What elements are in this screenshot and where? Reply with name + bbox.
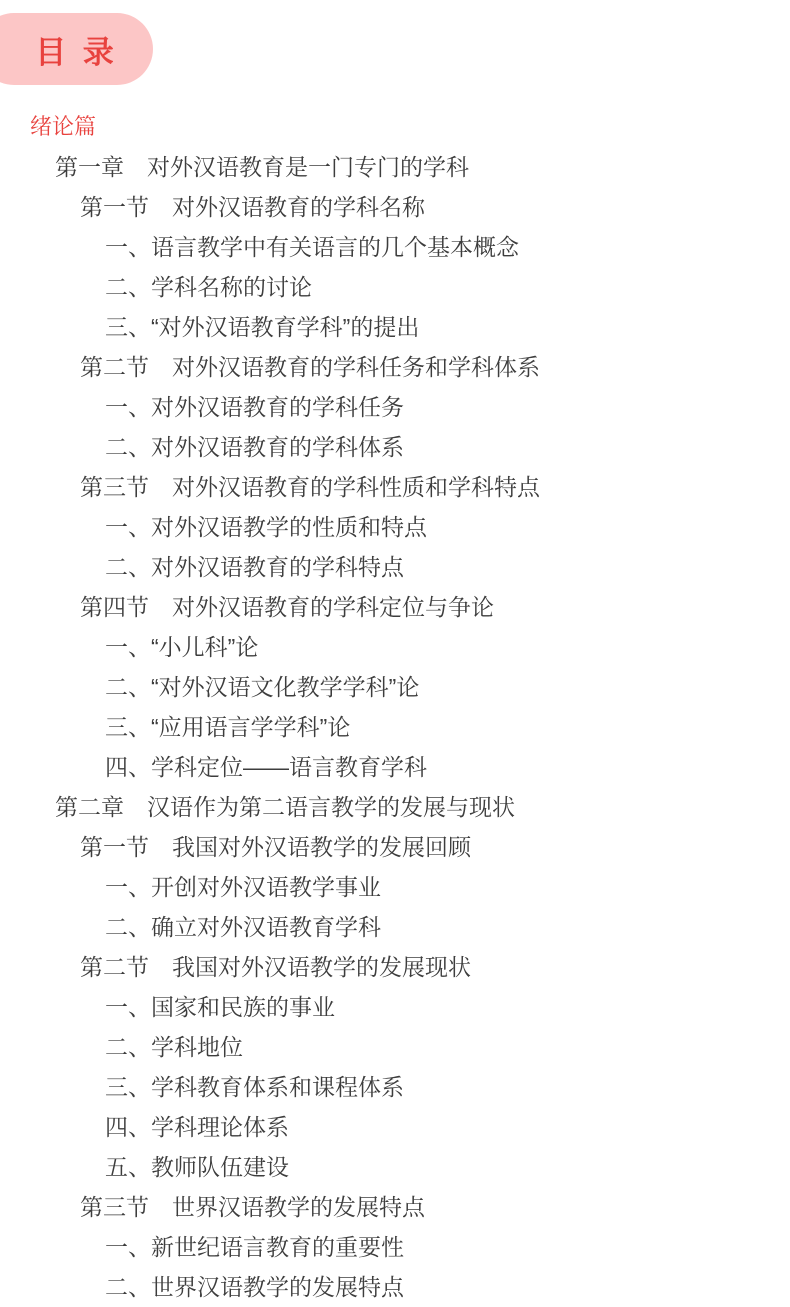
toc-entry-section: 第三节 对外汉语教育的学科性质和学科特点 bbox=[30, 467, 780, 507]
toc-entry-section: 第三节 世界汉语教学的发展特点 bbox=[30, 1187, 780, 1227]
page-title: 目 录 bbox=[13, 27, 118, 72]
toc-entry-item: 二、“对外汉语文化教学学科”论 bbox=[30, 667, 780, 707]
toc-entry-section: 第一节 对外汉语教育的学科名称 bbox=[30, 187, 780, 227]
toc-entry-item: 三、“应用语言学学科”论 bbox=[30, 707, 780, 747]
toc-page: 目 录 绪论篇第一章 对外汉语教育是一门专门的学科第一节 对外汉语教育的学科名称… bbox=[0, 0, 790, 1307]
toc-entry-item: 二、学科地位 bbox=[30, 1027, 780, 1067]
toc-entry-item: 二、世界汉语教学的发展特点 bbox=[30, 1267, 780, 1307]
toc-entry-item: 五、教师队伍建设 bbox=[30, 1147, 780, 1187]
toc-entry-item: 一、对外汉语教育的学科任务 bbox=[30, 387, 780, 427]
toc-entry-item: 一、对外汉语教学的性质和特点 bbox=[30, 507, 780, 547]
toc-entry-item: 一、语言教学中有关语言的几个基本概念 bbox=[30, 227, 780, 267]
toc-entry-section: 第四节 对外汉语教育的学科定位与争论 bbox=[30, 587, 780, 627]
toc-entry-item: 一、开创对外汉语教学事业 bbox=[30, 867, 780, 907]
toc-entry-item: 二、确立对外汉语教育学科 bbox=[30, 907, 780, 947]
toc-entry-section: 第一节 我国对外汉语教学的发展回顾 bbox=[30, 827, 780, 867]
toc-entry-item: 三、“对外汉语教育学科”的提出 bbox=[30, 307, 780, 347]
toc-header-pill: 目 录 bbox=[0, 13, 153, 85]
toc-entry-item: 一、国家和民族的事业 bbox=[30, 987, 780, 1027]
toc-entry-part: 绪论篇 bbox=[30, 107, 780, 147]
toc-entry-item: 二、对外汉语教育的学科特点 bbox=[30, 547, 780, 587]
toc-entry-item: 四、学科定位——语言教育学科 bbox=[30, 747, 780, 787]
toc-entry-chapter: 第二章 汉语作为第二语言教学的发展与现状 bbox=[30, 787, 780, 827]
toc-entry-item: 二、对外汉语教育的学科体系 bbox=[30, 427, 780, 467]
toc-entry-chapter: 第一章 对外汉语教育是一门专门的学科 bbox=[30, 147, 780, 187]
toc-entry-section: 第二节 对外汉语教育的学科任务和学科体系 bbox=[30, 347, 780, 387]
toc-entry-item: 一、新世纪语言教育的重要性 bbox=[30, 1227, 780, 1267]
toc-entry-item: 四、学科理论体系 bbox=[30, 1107, 780, 1147]
toc-entry-section: 第二节 我国对外汉语教学的发展现状 bbox=[30, 947, 780, 987]
toc-entry-item: 三、学科教育体系和课程体系 bbox=[30, 1067, 780, 1107]
toc-list: 绪论篇第一章 对外汉语教育是一门专门的学科第一节 对外汉语教育的学科名称一、语言… bbox=[30, 107, 780, 1307]
toc-entry-item: 一、“小儿科”论 bbox=[30, 627, 780, 667]
toc-entry-item: 二、学科名称的讨论 bbox=[30, 267, 780, 307]
